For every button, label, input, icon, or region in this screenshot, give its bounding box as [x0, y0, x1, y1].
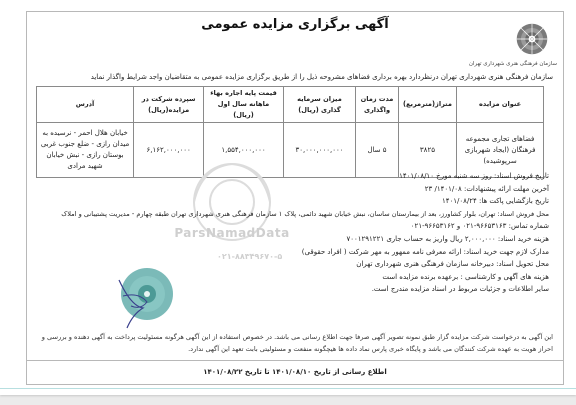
- page-title: آگهی برگزاری مزایده عمومی: [27, 17, 563, 32]
- header-duration: مدت زمان واگذاری: [356, 87, 399, 123]
- deadline: آخرین مهلت ارائه پیشنهادات: ۱۴۰۱/۰۸/ ۲۳: [39, 183, 549, 196]
- header-rent: قیمت پایه اجاره بهاء ماهانه سال اول (ریا…: [204, 87, 284, 123]
- header-area: متراژ(مترمربع): [398, 87, 456, 123]
- header-address: آدرس: [37, 87, 134, 123]
- divider: [0, 388, 576, 389]
- intro-text: سازمان فرهنگی هنری شهرداری تهران درنظردا…: [91, 73, 553, 81]
- publication-period: اطلاع رسانی از تاریخ ۱۴۰۱/۰۸/۱۰ تا تاریخ…: [27, 360, 563, 384]
- table-header-row: عنوان مزایده متراژ(مترمربع) مدت زمان واگ…: [37, 87, 544, 123]
- header-deposit: سپرده شرکت در مزایده(ریال): [134, 87, 204, 123]
- organization-logo-icon: [515, 22, 549, 56]
- logo-caption: سازمان فرهنگی هنری شهرداری تهران: [469, 61, 557, 67]
- opening-date: تاریخ بازگشایی پاکت ها: ۱۴۰۱/۰۸/۲۴: [39, 195, 549, 208]
- sale-date: تاریخ فروش اسناد: روز سه شنبه مورخ ۱۴۰۱/…: [39, 170, 549, 183]
- ad-frame: آگهی برگزاری مزایده عمومی سازمان فرهنگی …: [26, 11, 564, 385]
- header-investment: میزان سرمایه گذاری (ریال): [283, 87, 355, 123]
- document-fee: هزینه خرید اسناد: ۲,۰۰۰,۰۰۰ ریال واریز ب…: [39, 233, 549, 246]
- sale-location: محل فروش اسناد: تهران، بلوار کشاورز، بعد…: [39, 208, 549, 221]
- header-title: عنوان مزایده: [457, 87, 544, 123]
- phone-numbers: شماره تماس: ۹۶۶۵۳۱۶۳-۰۲۱ و ۹۶۶۵۳۱۶۲-۰۲۱: [39, 220, 549, 233]
- required-documents: مدارک لازم جهت خرید اسناد: ارائه معرفی ن…: [39, 246, 549, 259]
- official-stamp-icon: [113, 266, 177, 330]
- document-page: آگهی برگزاری مزایده عمومی سازمان فرهنگی …: [0, 0, 576, 395]
- disclaimer: این آگهی به درخواست شرکت مزایده گزار طبق…: [37, 332, 553, 355]
